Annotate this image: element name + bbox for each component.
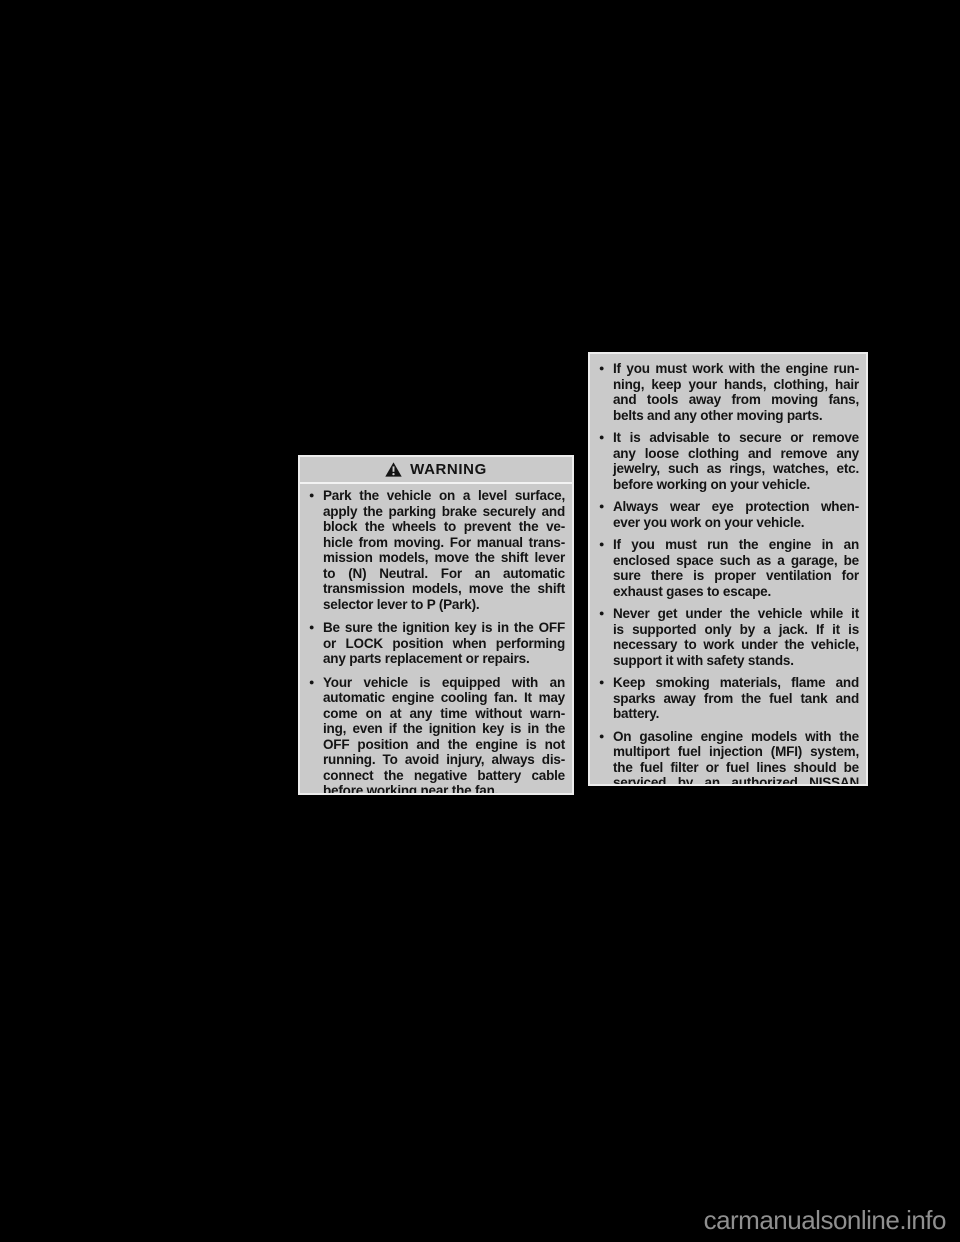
text-line: sparks away from the fuel tank and xyxy=(613,691,859,707)
text-line: come on at any time without warn- xyxy=(323,706,565,722)
text-line: Always wear eye protection when- xyxy=(613,499,859,515)
precaution-item-6: ● Keep smoking materials, flame and spar… xyxy=(599,675,859,722)
text-line: If you must run the engine in an xyxy=(613,537,859,553)
bullet-icon: ● xyxy=(599,361,613,423)
text-line: before working near the fan. xyxy=(323,783,565,795)
warning-box-header: WARNING xyxy=(300,457,572,484)
bullet-icon: ● xyxy=(599,606,613,668)
text-line: jewelry, such as rings, watches, etc. xyxy=(613,461,859,477)
text-line: transmission models, move the shift xyxy=(323,581,565,597)
warning-item-2: ● Be sure the ignition key is in the OFF… xyxy=(309,620,565,667)
text-line: Your vehicle is equipped with an xyxy=(323,675,565,691)
precaution-item-3: ● Always wear eye protection when- ever … xyxy=(599,499,859,530)
text-line: or LOCK position when performing xyxy=(323,636,565,652)
precautions-box: ● If you must work with the engine run- … xyxy=(588,352,868,786)
bullet-icon: ● xyxy=(599,430,613,492)
text-line: hicle from moving. For manual trans- xyxy=(323,535,565,551)
text-line: automatic engine cooling fan. It may xyxy=(323,690,565,706)
text-line: to (N) Neutral. For an automatic xyxy=(323,566,565,582)
text-line: running. To avoid injury, always dis- xyxy=(323,752,565,768)
bullet-icon: ● xyxy=(599,729,613,787)
warning-box: WARNING ● Park the vehicle on a level su… xyxy=(298,455,574,795)
text-line: multiport fuel injection (MFI) system, xyxy=(613,744,859,760)
warning-item-1: ● Park the vehicle on a level surface, a… xyxy=(309,488,565,612)
bullet-icon: ● xyxy=(309,488,323,612)
text-line: selector lever to P (Park). xyxy=(323,597,565,613)
text-line: If you must work with the engine run- xyxy=(613,361,859,377)
text-line: ning, keep your hands, clothing, hair xyxy=(613,377,859,393)
text-line: any loose clothing and remove any xyxy=(613,446,859,462)
text-line: any parts replacement or repairs. xyxy=(323,651,565,667)
text-line: belts and any other moving parts. xyxy=(613,408,859,424)
text-line: exhaust gases to escape. xyxy=(613,584,859,600)
warning-item-3: ● Your vehicle is equipped with an autom… xyxy=(309,675,565,796)
text-line: is supported only by a jack. If it is xyxy=(613,622,859,638)
bullet-icon: ● xyxy=(599,537,613,599)
text-line: mission models, move the shift lever xyxy=(323,550,565,566)
text-line: and tools away from moving fans, xyxy=(613,392,859,408)
bullet-icon: ● xyxy=(309,620,323,667)
text-line: Keep smoking materials, flame and xyxy=(613,675,859,691)
bullet-icon: ● xyxy=(599,499,613,530)
text-line: connect the negative battery cable xyxy=(323,768,565,784)
watermark: carmanualsonline.info xyxy=(704,1205,946,1236)
precaution-item-5: ● Never get under the vehicle while it i… xyxy=(599,606,859,668)
text-line: On gasoline engine models with the xyxy=(613,729,859,745)
precautions-box-body: ● If you must work with the engine run- … xyxy=(590,354,866,786)
bullet-icon: ● xyxy=(309,675,323,796)
warning-triangle-icon xyxy=(385,462,402,477)
text-line: necessary to work under the vehicle, xyxy=(613,637,859,653)
text-line: block the wheels to prevent the ve- xyxy=(323,519,565,535)
text-line: It is advisable to secure or remove xyxy=(613,430,859,446)
precaution-item-2: ● It is advisable to secure or remove an… xyxy=(599,430,859,492)
text-line: sure there is proper ventilation for xyxy=(613,568,859,584)
text-line: Park the vehicle on a level surface, xyxy=(323,488,565,504)
text-line: Be sure the ignition key is in the OFF xyxy=(323,620,565,636)
text-line: ing, even if the ignition key is in the xyxy=(323,721,565,737)
text-line: OFF position and the engine is not xyxy=(323,737,565,753)
bullet-icon: ● xyxy=(599,675,613,722)
precaution-item-4: ● If you must run the engine in an enclo… xyxy=(599,537,859,599)
text-line: Never get under the vehicle while it xyxy=(613,606,859,622)
text-line: apply the parking brake securely and xyxy=(323,504,565,520)
warning-box-title: WARNING xyxy=(410,461,487,478)
precaution-item-1: ● If you must work with the engine run- … xyxy=(599,361,859,423)
warning-box-body: ● Park the vehicle on a level surface, a… xyxy=(300,484,572,795)
precaution-item-7: ● On gasoline engine models with the mul… xyxy=(599,729,859,787)
text-line: battery. xyxy=(613,706,859,722)
text-line: the fuel filter or fuel lines should be xyxy=(613,760,859,776)
text-line: serviced by an authorized NISSAN xyxy=(613,775,859,786)
text-line: ever you work on your vehicle. xyxy=(613,515,859,531)
text-line: enclosed space such as a garage, be xyxy=(613,553,859,569)
text-line: before working on your vehicle. xyxy=(613,477,859,493)
text-line: support it with safety stands. xyxy=(613,653,859,669)
